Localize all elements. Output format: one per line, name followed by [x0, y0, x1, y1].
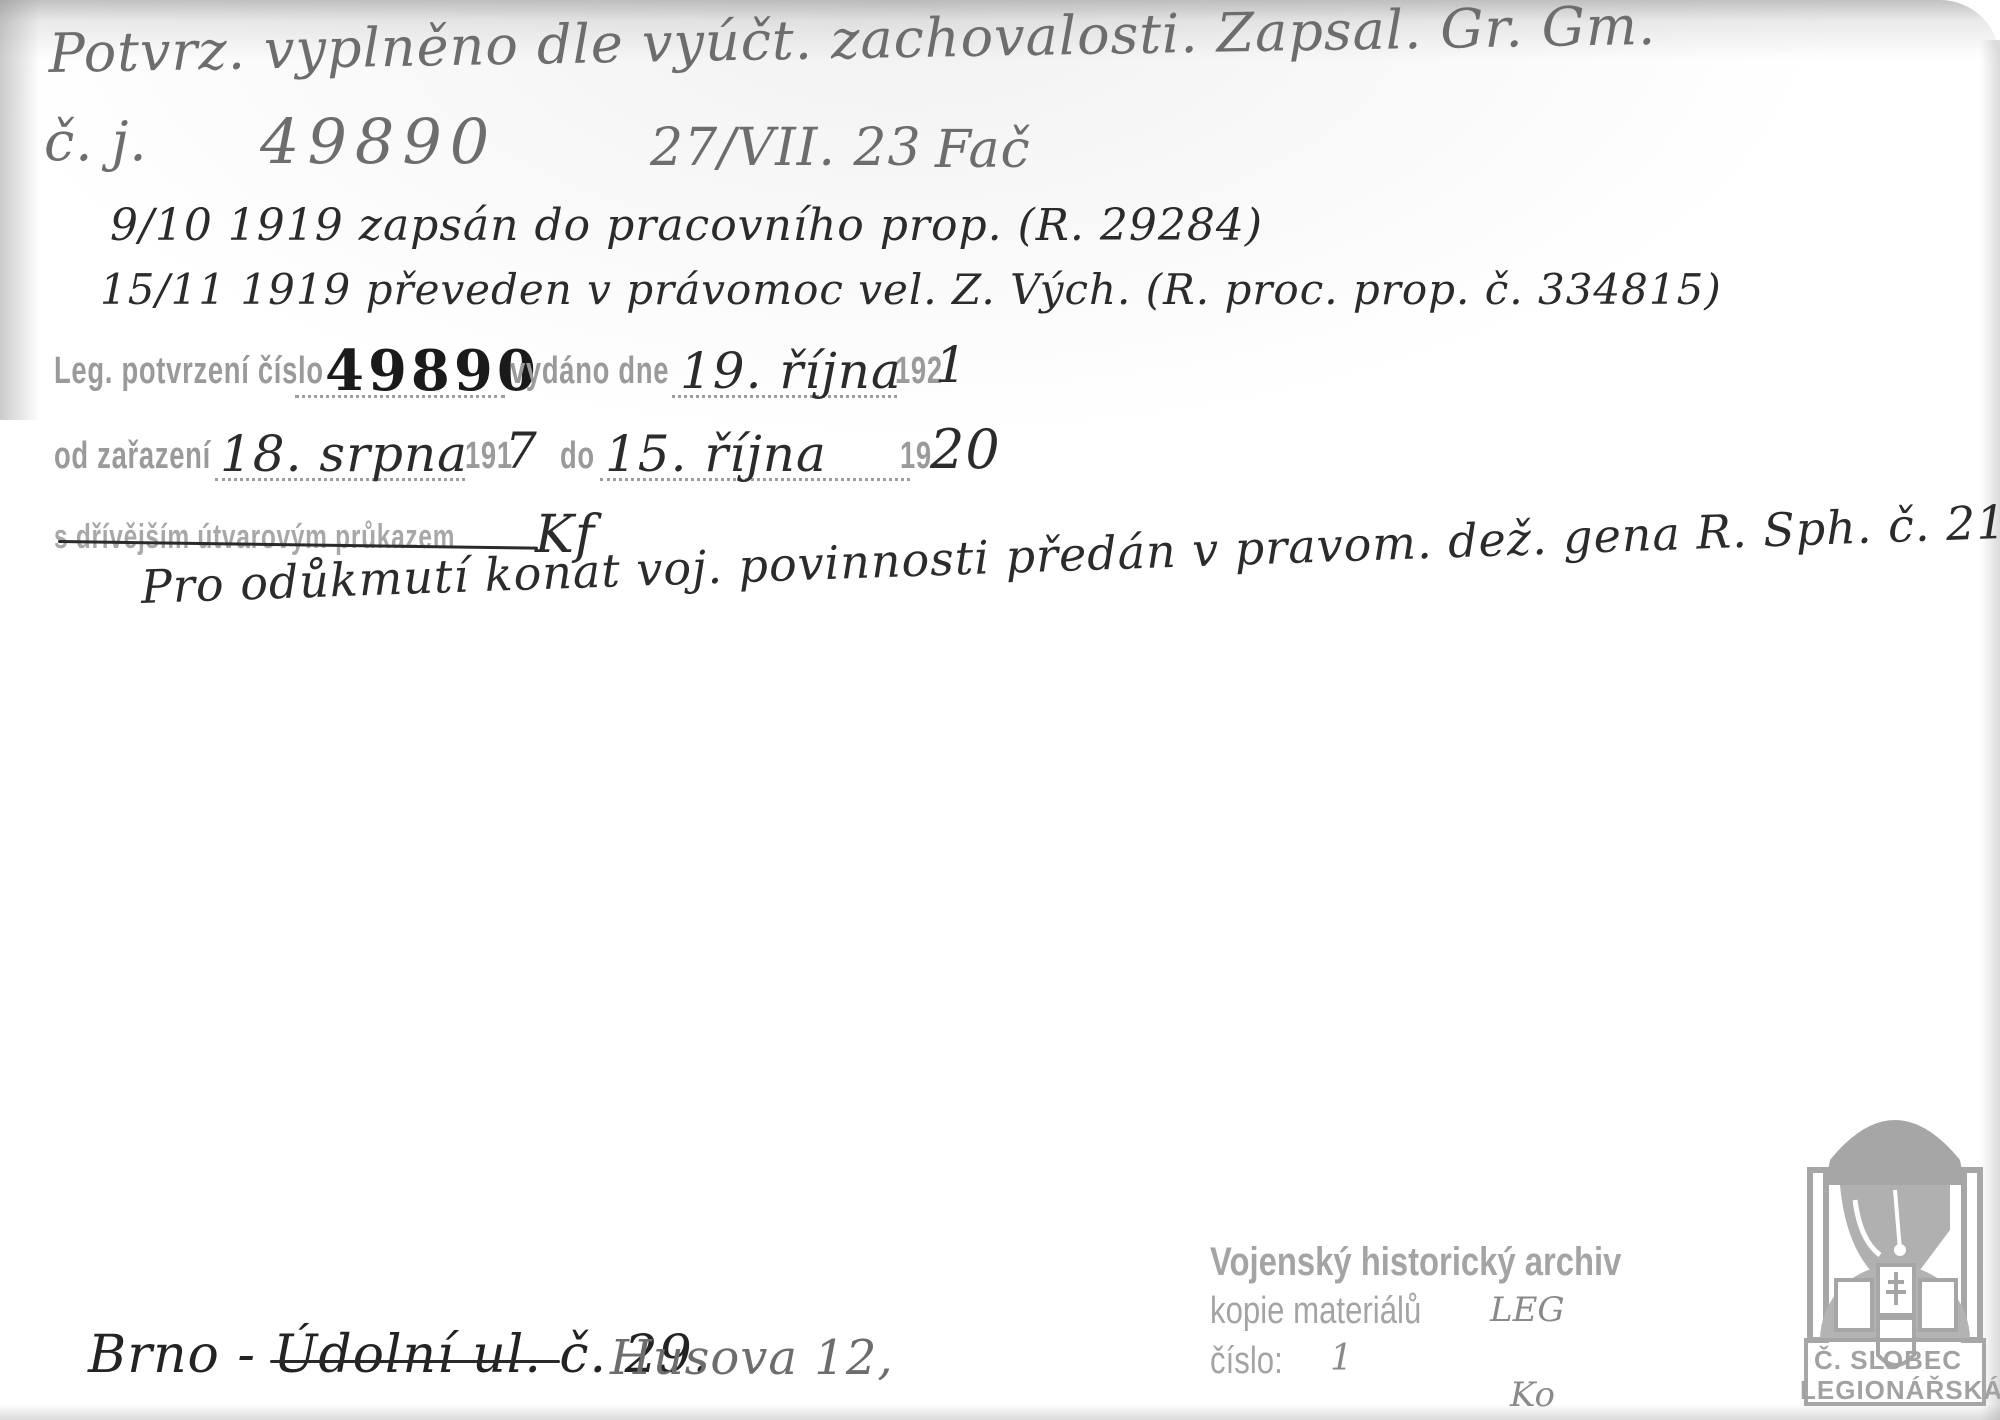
logo-text-legionarska: LEGIONÁŘSKÁ — [1800, 1375, 1990, 1406]
legion-logo: Č. SL. OBEC LEGIONÁŘSKÁ — [1800, 1090, 1990, 1410]
form-value-from-date: 18. srpna — [220, 425, 468, 483]
form-label-issued: vydáno dne — [510, 350, 669, 393]
stamp-signature: Ko — [1510, 1375, 1555, 1415]
logo-text-obec: OBEC — [1800, 1345, 1976, 1376]
stamp-archive-title: Vojenský historický archiv — [1210, 1240, 1621, 1285]
form-label-from: od zařazení — [54, 435, 211, 478]
form-value-leg-number: 49890 — [325, 338, 540, 404]
stamp-number-value: 1 — [1330, 1338, 1353, 1379]
handwritten-address: Husova 12, — [610, 1330, 894, 1386]
form-year-suffix: 20 — [930, 418, 1001, 481]
form-label-leg-number: Leg. potvrzení číslo — [54, 350, 324, 393]
strikethrough-line — [270, 1360, 560, 1363]
form-value-to-date: 15. října — [605, 425, 827, 483]
scan-edge-left — [0, 0, 40, 420]
form-year-prefix: 19 — [900, 435, 932, 478]
stamp-copy-value: LEG — [1490, 1290, 1565, 1330]
form-label-to: do — [560, 435, 595, 478]
form-year-suffix: 7 — [505, 422, 538, 480]
stamp-number-label: číslo: — [1210, 1340, 1283, 1383]
handwritten-initials: Fač — [935, 120, 1031, 180]
handwritten-date: 27/VII. 23 — [650, 118, 922, 178]
handwritten-cj-prefix: č. j. — [44, 110, 147, 173]
document-card: Potvrz. vyplněno dle vyúčt. zachovalosti… — [0, 0, 2000, 1420]
form-value-issued-date: 19. října — [680, 342, 902, 400]
stamp-copy-label: kopie materiálů — [1210, 1290, 1421, 1333]
handwritten-cj-number: 49890 — [260, 105, 497, 178]
handwritten-line-4: 15/11 1919 převeden v právomoc vel. Z. V… — [100, 265, 1722, 314]
scan-edge-bottom — [0, 1404, 2000, 1420]
form-year-suffix: 1 — [935, 336, 968, 394]
handwritten-line-3: 9/10 1919 zapsán do pracovního prop. (R.… — [110, 200, 1263, 251]
